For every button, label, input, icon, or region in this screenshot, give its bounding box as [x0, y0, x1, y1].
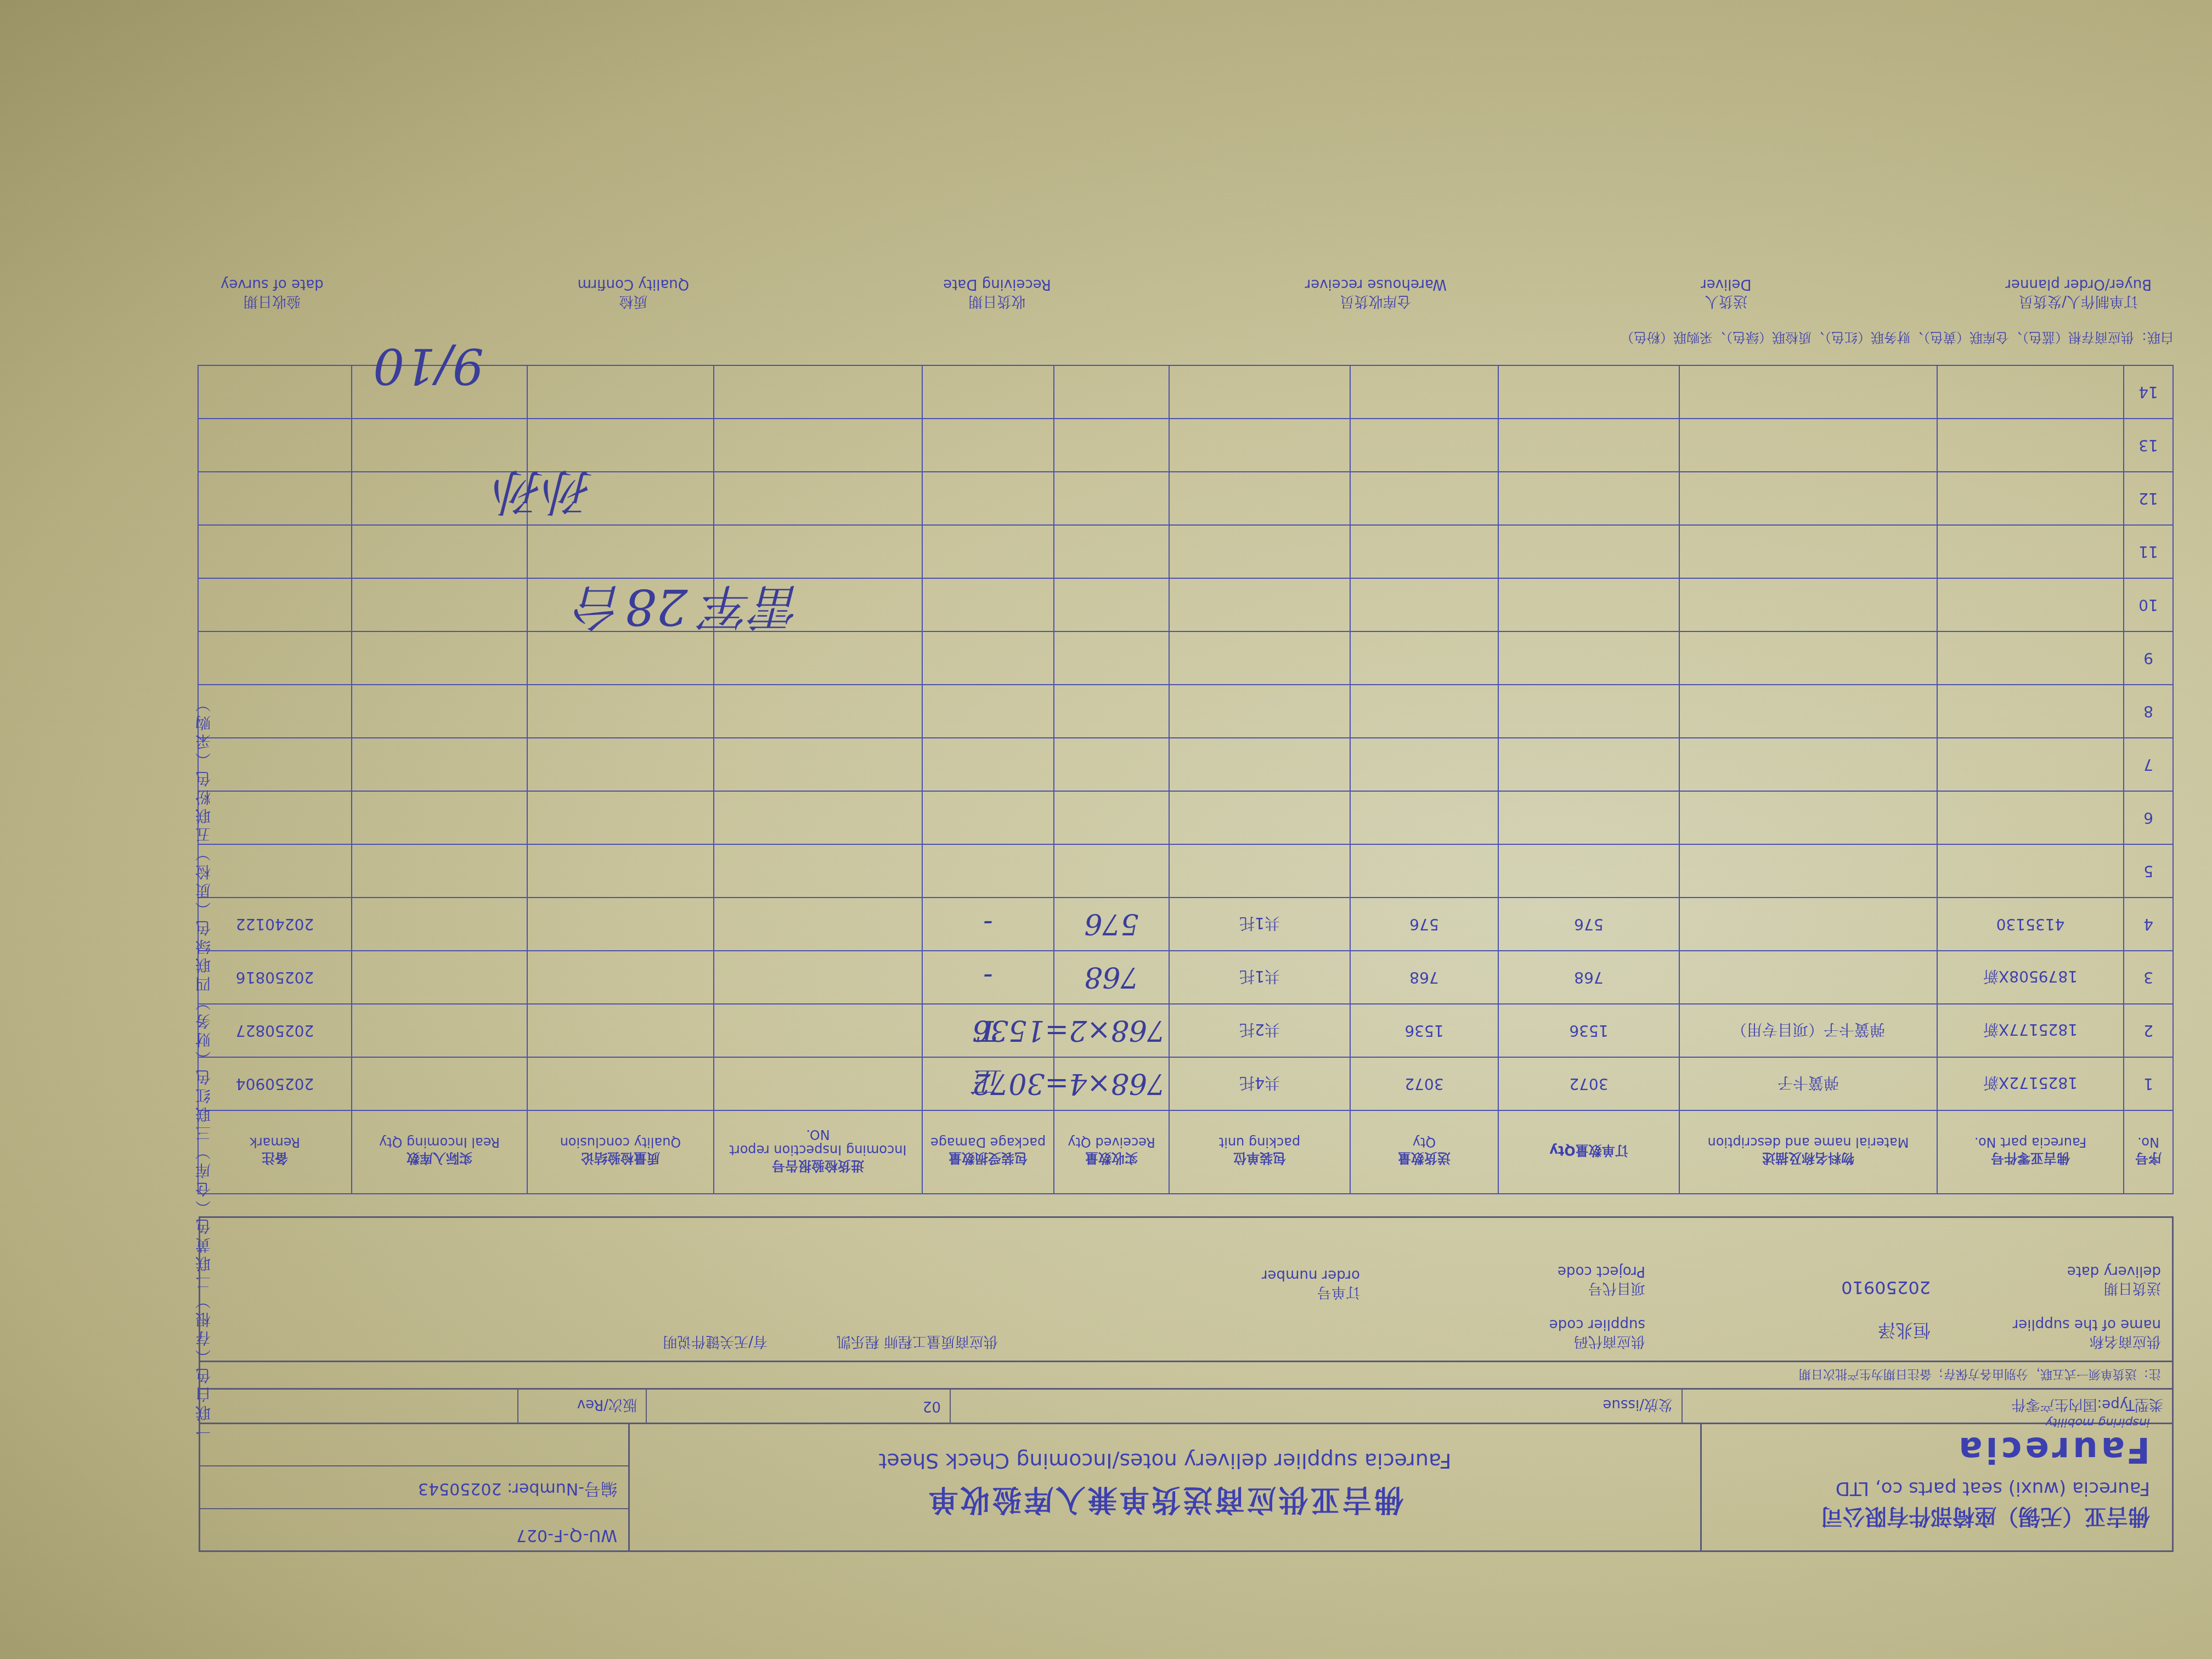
cell-received: 768×4=3072 [1054, 1057, 1169, 1110]
cell-desc [1679, 472, 1937, 525]
cell-received [1054, 791, 1169, 844]
cell-no: 8 [2124, 685, 2173, 738]
blank-meta-row [200, 1424, 628, 1465]
cell-damage [922, 791, 1054, 844]
cell-desc [1679, 365, 1937, 419]
form-code: WU-Q-F-027 [200, 1508, 628, 1550]
cell-real-qty [352, 578, 527, 631]
cell-remark: 20240122 [198, 898, 352, 951]
cell-real-qty [352, 1057, 527, 1110]
table-row: 12 [198, 472, 2173, 525]
cell-no: 7 [2124, 738, 2173, 791]
cell-part [1937, 365, 2124, 419]
col-received-qty: 实收数量Received Qty [1054, 1110, 1169, 1194]
cell-part [1937, 791, 2124, 844]
cell-damage [922, 844, 1054, 898]
label-cn: 供应商名称 [1953, 1333, 2161, 1353]
cell-remark [198, 631, 352, 685]
sign-deliver: 送货人Deliver [1701, 276, 1752, 313]
cell-damage [922, 738, 1054, 791]
col-package-damage: 包装受损数量package Damage [922, 1110, 1054, 1194]
cell-unit [1169, 525, 1350, 578]
sqe-block: 供应商质量工程师 程乐凯 [778, 1218, 1009, 1361]
col-packing-unit: 包装单位packing unit [1169, 1110, 1350, 1194]
cell-received: 768×2=1536 [1054, 1004, 1169, 1057]
cell-remark [198, 791, 352, 844]
cell-quality [527, 951, 714, 1004]
cell-desc [1679, 738, 1937, 791]
cell-unit: 共4托 [1169, 1057, 1350, 1110]
supplier-values: 恒兆泽20250910 [1656, 1218, 1942, 1361]
sqe-label: 供应商质量工程师 [884, 1333, 998, 1350]
handwritten-note-2: 孙孙 [495, 460, 594, 532]
cell-unit: 共1托 [1169, 898, 1350, 951]
table-row: 10 [198, 578, 2173, 631]
cell-desc [1679, 898, 1937, 951]
table-row: 11 [198, 525, 2173, 578]
cell-desc [1679, 685, 1937, 738]
cell-damage [922, 631, 1054, 685]
company-name-en: Faurecia (wuxi) seat parts co, LTD [1724, 1477, 2150, 1499]
cell-quality [527, 685, 714, 738]
number-value: 20250543 [418, 1479, 502, 1498]
sign-buyer: 订单制作人/发货员Buyer/Order planner [2005, 276, 2152, 313]
cell-damage [922, 419, 1054, 472]
cell-no: 4 [2124, 898, 2173, 951]
cell-unit [1169, 844, 1350, 898]
cell-unit [1169, 578, 1350, 631]
cell-quality [527, 525, 714, 578]
code-labels: 供应商代码supplier code项目代号Project code [1371, 1218, 1656, 1361]
cell-real-qty [352, 1004, 527, 1057]
cell-part: 4135130 [1937, 898, 2124, 951]
cell-order-qty [1498, 791, 1679, 844]
cell-quality [527, 898, 714, 951]
cell-desc [1679, 791, 1937, 844]
cell-no: 1 [2124, 1057, 2173, 1110]
cell-unit [1169, 791, 1350, 844]
cell-no: 14 [2124, 365, 2173, 419]
cell-part: 1825177X新 [1937, 1004, 2124, 1057]
cell-real-qty [352, 631, 527, 685]
signature-labels: 订单制作人/发货员Buyer/Order planner 送货人Deliver … [199, 276, 2174, 313]
cell-remark [198, 738, 352, 791]
col-delivery-qty: 送货数量Qty [1350, 1110, 1498, 1194]
cell-part [1937, 685, 2124, 738]
cell-qty [1350, 419, 1498, 472]
table-row: 7 [198, 738, 2173, 791]
cell-quality [527, 738, 714, 791]
delivery-note-sheet: 佛吉亚（无锡）座椅部件有限公司 Faurecia (wuxi) seat par… [0, 0, 2212, 1659]
cell-report [714, 525, 922, 578]
cell-remark [198, 472, 352, 525]
cell-order-qty [1498, 738, 1679, 791]
cell-qty: 768 [1350, 951, 1498, 1004]
cell-order-qty: 3072 [1498, 1057, 1679, 1110]
rev-label: 版次/Rev [517, 1390, 646, 1423]
cell-received [1054, 472, 1169, 525]
label-en: delivery date [1953, 1263, 2161, 1279]
cell-report [714, 898, 922, 951]
cell-report [714, 1057, 922, 1110]
cell-received [1054, 844, 1169, 898]
table-row: 14 [198, 365, 2173, 419]
cell-no: 13 [2124, 419, 2173, 472]
form-meta: WU-Q-F-027 编号-Number: 20250543 [200, 1424, 628, 1550]
cell-qty: 3072 [1350, 1057, 1498, 1110]
instruction-note: 注：送货单须一式五联，分别由各方保存；备注日期为生产批次日期 [199, 1361, 2174, 1388]
cell-unit [1169, 631, 1350, 685]
cell-unit [1169, 472, 1350, 525]
cell-real-qty [352, 844, 527, 898]
sign-receiving-date: 收货日期Receiving Date [943, 276, 1051, 313]
table-row: 6 [198, 791, 2173, 844]
cell-no: 5 [2124, 844, 2173, 898]
label-en: supplier code [1382, 1316, 1645, 1333]
cell-real-qty [352, 898, 527, 951]
cell-unit [1169, 419, 1350, 472]
form-header: 佛吉亚（无锡）座椅部件有限公司 Faurecia (wuxi) seat par… [199, 1423, 2174, 1552]
cell-part [1937, 419, 2124, 472]
col-part-no: 佛吉亚零件号Faurecia part No. [1937, 1110, 2124, 1194]
sign-warehouse: 仓库收货员Warehouse receiver [1305, 276, 1447, 313]
col-order-qty: 订单数量Qty [1498, 1110, 1679, 1194]
faurecia-logo: Faurecia [1724, 1429, 2150, 1470]
cell-report [714, 1004, 922, 1057]
table-row: 31879508X新768768共1托768-20250816 [198, 951, 2173, 1004]
cell-qty [1350, 791, 1498, 844]
cell-quality [527, 791, 714, 844]
cell-received [1054, 738, 1169, 791]
label-en: order number [1020, 1267, 1360, 1283]
cell-remark: 20250827 [198, 1004, 352, 1057]
company-block: 佛吉亚（无锡）座椅部件有限公司 Faurecia (wuxi) seat par… [1700, 1424, 2172, 1550]
cell-received [1054, 631, 1169, 685]
cell-quality [527, 365, 714, 419]
col-material: 物料名称及描述Material name and description [1679, 1110, 1937, 1194]
cell-damage [922, 365, 1054, 419]
cell-received [1054, 525, 1169, 578]
cell-damage [922, 472, 1054, 525]
table-header-row: 序号No. 佛吉亚零件号Faurecia part No. 物料名称及描述Mat… [198, 1110, 2173, 1194]
cell-report [714, 844, 922, 898]
cell-quality [527, 1057, 714, 1110]
col-remark: 备注Remark [198, 1110, 352, 1194]
cell-desc [1679, 525, 1937, 578]
cell-unit [1169, 685, 1350, 738]
cell-desc [1679, 844, 1937, 898]
label-cn: 项目代号 [1382, 1279, 1645, 1300]
cell-qty [1350, 631, 1498, 685]
cell-part: 1879508X新 [1937, 951, 2124, 1004]
cell-qty [1350, 685, 1498, 738]
cell-qty [1350, 738, 1498, 791]
cell-report [714, 472, 922, 525]
cell-part [1937, 631, 2124, 685]
cell-qty [1350, 578, 1498, 631]
cell-report [714, 738, 922, 791]
cell-real-qty [352, 738, 527, 791]
type-row: 类型Type:国内生产零件 发放/issue 02 版次/Rev [199, 1388, 2174, 1423]
company-name-cn: 佛吉亚（无锡）座椅部件有限公司 [1724, 1503, 2150, 1534]
supplier-name-label: 供应商名称name of the supplier送货日期delivery da… [1942, 1218, 2172, 1361]
cell-part: 1825172X新 [1937, 1057, 2124, 1110]
cell-part [1937, 578, 2124, 631]
cell-no: 6 [2124, 791, 2173, 844]
table-row: 11825172X新弹簧卡子30723072共4托768×4=3072正2025… [198, 1057, 2173, 1110]
table-row: 21825177X新弹簧卡子（项目专用）15361536共2托768×2=153… [198, 1004, 2173, 1057]
cell-part [1937, 844, 2124, 898]
items-table: 序号No. 佛吉亚零件号Faurecia part No. 物料名称及描述Mat… [198, 365, 2174, 1194]
cell-remark [198, 525, 352, 578]
cell-no: 10 [2124, 578, 2173, 631]
issue-label: 发放/issue [950, 1390, 1681, 1423]
cell-no: 2 [2124, 1004, 2173, 1057]
label-en: name of the supplier [1953, 1316, 2161, 1333]
cell-order-qty: 576 [1498, 898, 1679, 951]
form-number: 编号-Number: 20250543 [200, 1465, 628, 1508]
cell-damage: - [922, 951, 1054, 1004]
title-en: Faurecia supplier delivery notes/Incomin… [630, 1449, 1700, 1473]
cell-part [1937, 738, 2124, 791]
cell-damage: - [922, 898, 1054, 951]
cell-unit: 共2托 [1169, 1004, 1350, 1057]
type-label: 类型Type:国内生产零件 [1681, 1390, 2172, 1423]
cell-order-qty [1498, 631, 1679, 685]
cell-damage [922, 578, 1054, 631]
form-title: 佛吉亚供应商送货单兼入库验收单 Faurecia supplier delive… [628, 1424, 1700, 1550]
cell-remark [198, 578, 352, 631]
cell-unit: 共1托 [1169, 951, 1350, 1004]
supplier-name-value: 恒兆泽 [1667, 1319, 1931, 1344]
cell-received [1054, 419, 1169, 472]
label-cn: 订单号 [1020, 1283, 1360, 1304]
cell-unit [1169, 365, 1350, 419]
cell-qty [1350, 365, 1498, 419]
key-parts-label: 有/无关键件说明 [200, 1218, 778, 1361]
side-copy-text: 一联白色（存根）二联黄色（仓库）三联红色（财务）四联绿色（质检）五联粉色（采购） [193, 693, 215, 1440]
table-row: 13 [198, 419, 2173, 472]
sign-quality: 质检Quality Confirm [578, 276, 690, 313]
cell-qty [1350, 844, 1498, 898]
label-cn: 送货日期 [1953, 1279, 2161, 1300]
rev-value: 02 [646, 1390, 950, 1423]
cell-remark: 20250816 [198, 951, 352, 1004]
col-no: 序号No. [2124, 1110, 2173, 1194]
cell-quality [527, 1004, 714, 1057]
cell-report [714, 685, 922, 738]
cell-no: 9 [2124, 631, 2173, 685]
table-row: 9 [198, 631, 2173, 685]
cell-received: 768 [1054, 951, 1169, 1004]
cell-report [714, 951, 922, 1004]
cell-quality [527, 844, 714, 898]
label-cn: 供应商代码 [1382, 1333, 1645, 1353]
cell-qty [1350, 472, 1498, 525]
cell-qty: 576 [1350, 898, 1498, 951]
cell-desc [1679, 631, 1937, 685]
col-inspection-report: 进货检验报告号Incoming Inspection report NO. [714, 1110, 922, 1194]
cell-received [1054, 578, 1169, 631]
cell-received: 576 [1054, 898, 1169, 951]
footer: 白联：供应商存根（蓝色）、仓库联（黄色）、财务联（红色）、质检联（绿色）、采购联… [199, 276, 2174, 348]
cell-real-qty [352, 525, 527, 578]
order-number-label: 订单号order number [1009, 1218, 1371, 1361]
handwritten-note-3: 9/10 [373, 337, 484, 394]
cell-qty [1350, 525, 1498, 578]
supplier-info: 供应商名称name of the supplier送货日期delivery da… [199, 1216, 2174, 1361]
cell-desc [1679, 578, 1937, 631]
cell-report [714, 419, 922, 472]
handwritten-note-1: 雷军 28台 [575, 575, 802, 647]
cell-order-qty [1498, 365, 1679, 419]
cell-order-qty [1498, 419, 1679, 472]
cell-damage [922, 525, 1054, 578]
cell-order-qty [1498, 578, 1679, 631]
title-cn: 佛吉亚供应商送货单兼入库验收单 [630, 1481, 1700, 1523]
cell-remark [198, 365, 352, 419]
cell-no: 3 [2124, 951, 2173, 1004]
sign-survey-date: 验收日期date of survey [221, 276, 324, 313]
cell-desc: 弹簧卡子 [1679, 1057, 1937, 1110]
cell-remark: 20250904 [198, 1057, 352, 1110]
form: 佛吉亚（无锡）座椅部件有限公司 Faurecia (wuxi) seat par… [199, 276, 2174, 1552]
cell-unit [1169, 738, 1350, 791]
cell-report [714, 791, 922, 844]
cell-remark [198, 419, 352, 472]
col-real-incoming-qty: 实际入库数Real Incoming Qty [352, 1110, 527, 1194]
cell-remark [198, 844, 352, 898]
cell-no: 12 [2124, 472, 2173, 525]
distribution-note: 白联：供应商存根（蓝色）、仓库联（黄色）、财务联（红色）、质检联（绿色）、采购联… [199, 329, 2174, 348]
cell-no: 11 [2124, 525, 2173, 578]
cell-qty: 1536 [1350, 1004, 1498, 1057]
cell-received [1054, 365, 1169, 419]
cell-order-qty [1498, 525, 1679, 578]
cell-real-qty [352, 685, 527, 738]
cell-real-qty [352, 951, 527, 1004]
cell-damage [922, 685, 1054, 738]
sqe-value: 程乐凯 [837, 1333, 879, 1350]
cell-order-qty: 768 [1498, 951, 1679, 1004]
cell-desc: 弹簧卡子（项目专用） [1679, 1004, 1937, 1057]
cell-part [1937, 525, 2124, 578]
cell-desc [1679, 419, 1937, 472]
col-quality-conclusion: 质量检验结论Quality conclusion [527, 1110, 714, 1194]
delivery-date-value: 20250910 [1667, 1277, 1931, 1298]
cell-order-qty [1498, 685, 1679, 738]
cell-part [1937, 472, 2124, 525]
cell-real-qty [352, 791, 527, 844]
cell-order-qty [1498, 844, 1679, 898]
cell-report [714, 365, 922, 419]
cell-received [1054, 685, 1169, 738]
cell-order-qty [1498, 472, 1679, 525]
cell-remark [198, 685, 352, 738]
label-en: Project code [1382, 1263, 1645, 1279]
table-row: 8 [198, 685, 2173, 738]
cell-order-qty: 1536 [1498, 1004, 1679, 1057]
cell-desc [1679, 951, 1937, 1004]
table-row: 44135130576576共1托576-20240122 [198, 898, 2173, 951]
table-row: 5 [198, 844, 2173, 898]
number-label: 编号-Number: [507, 1479, 617, 1498]
